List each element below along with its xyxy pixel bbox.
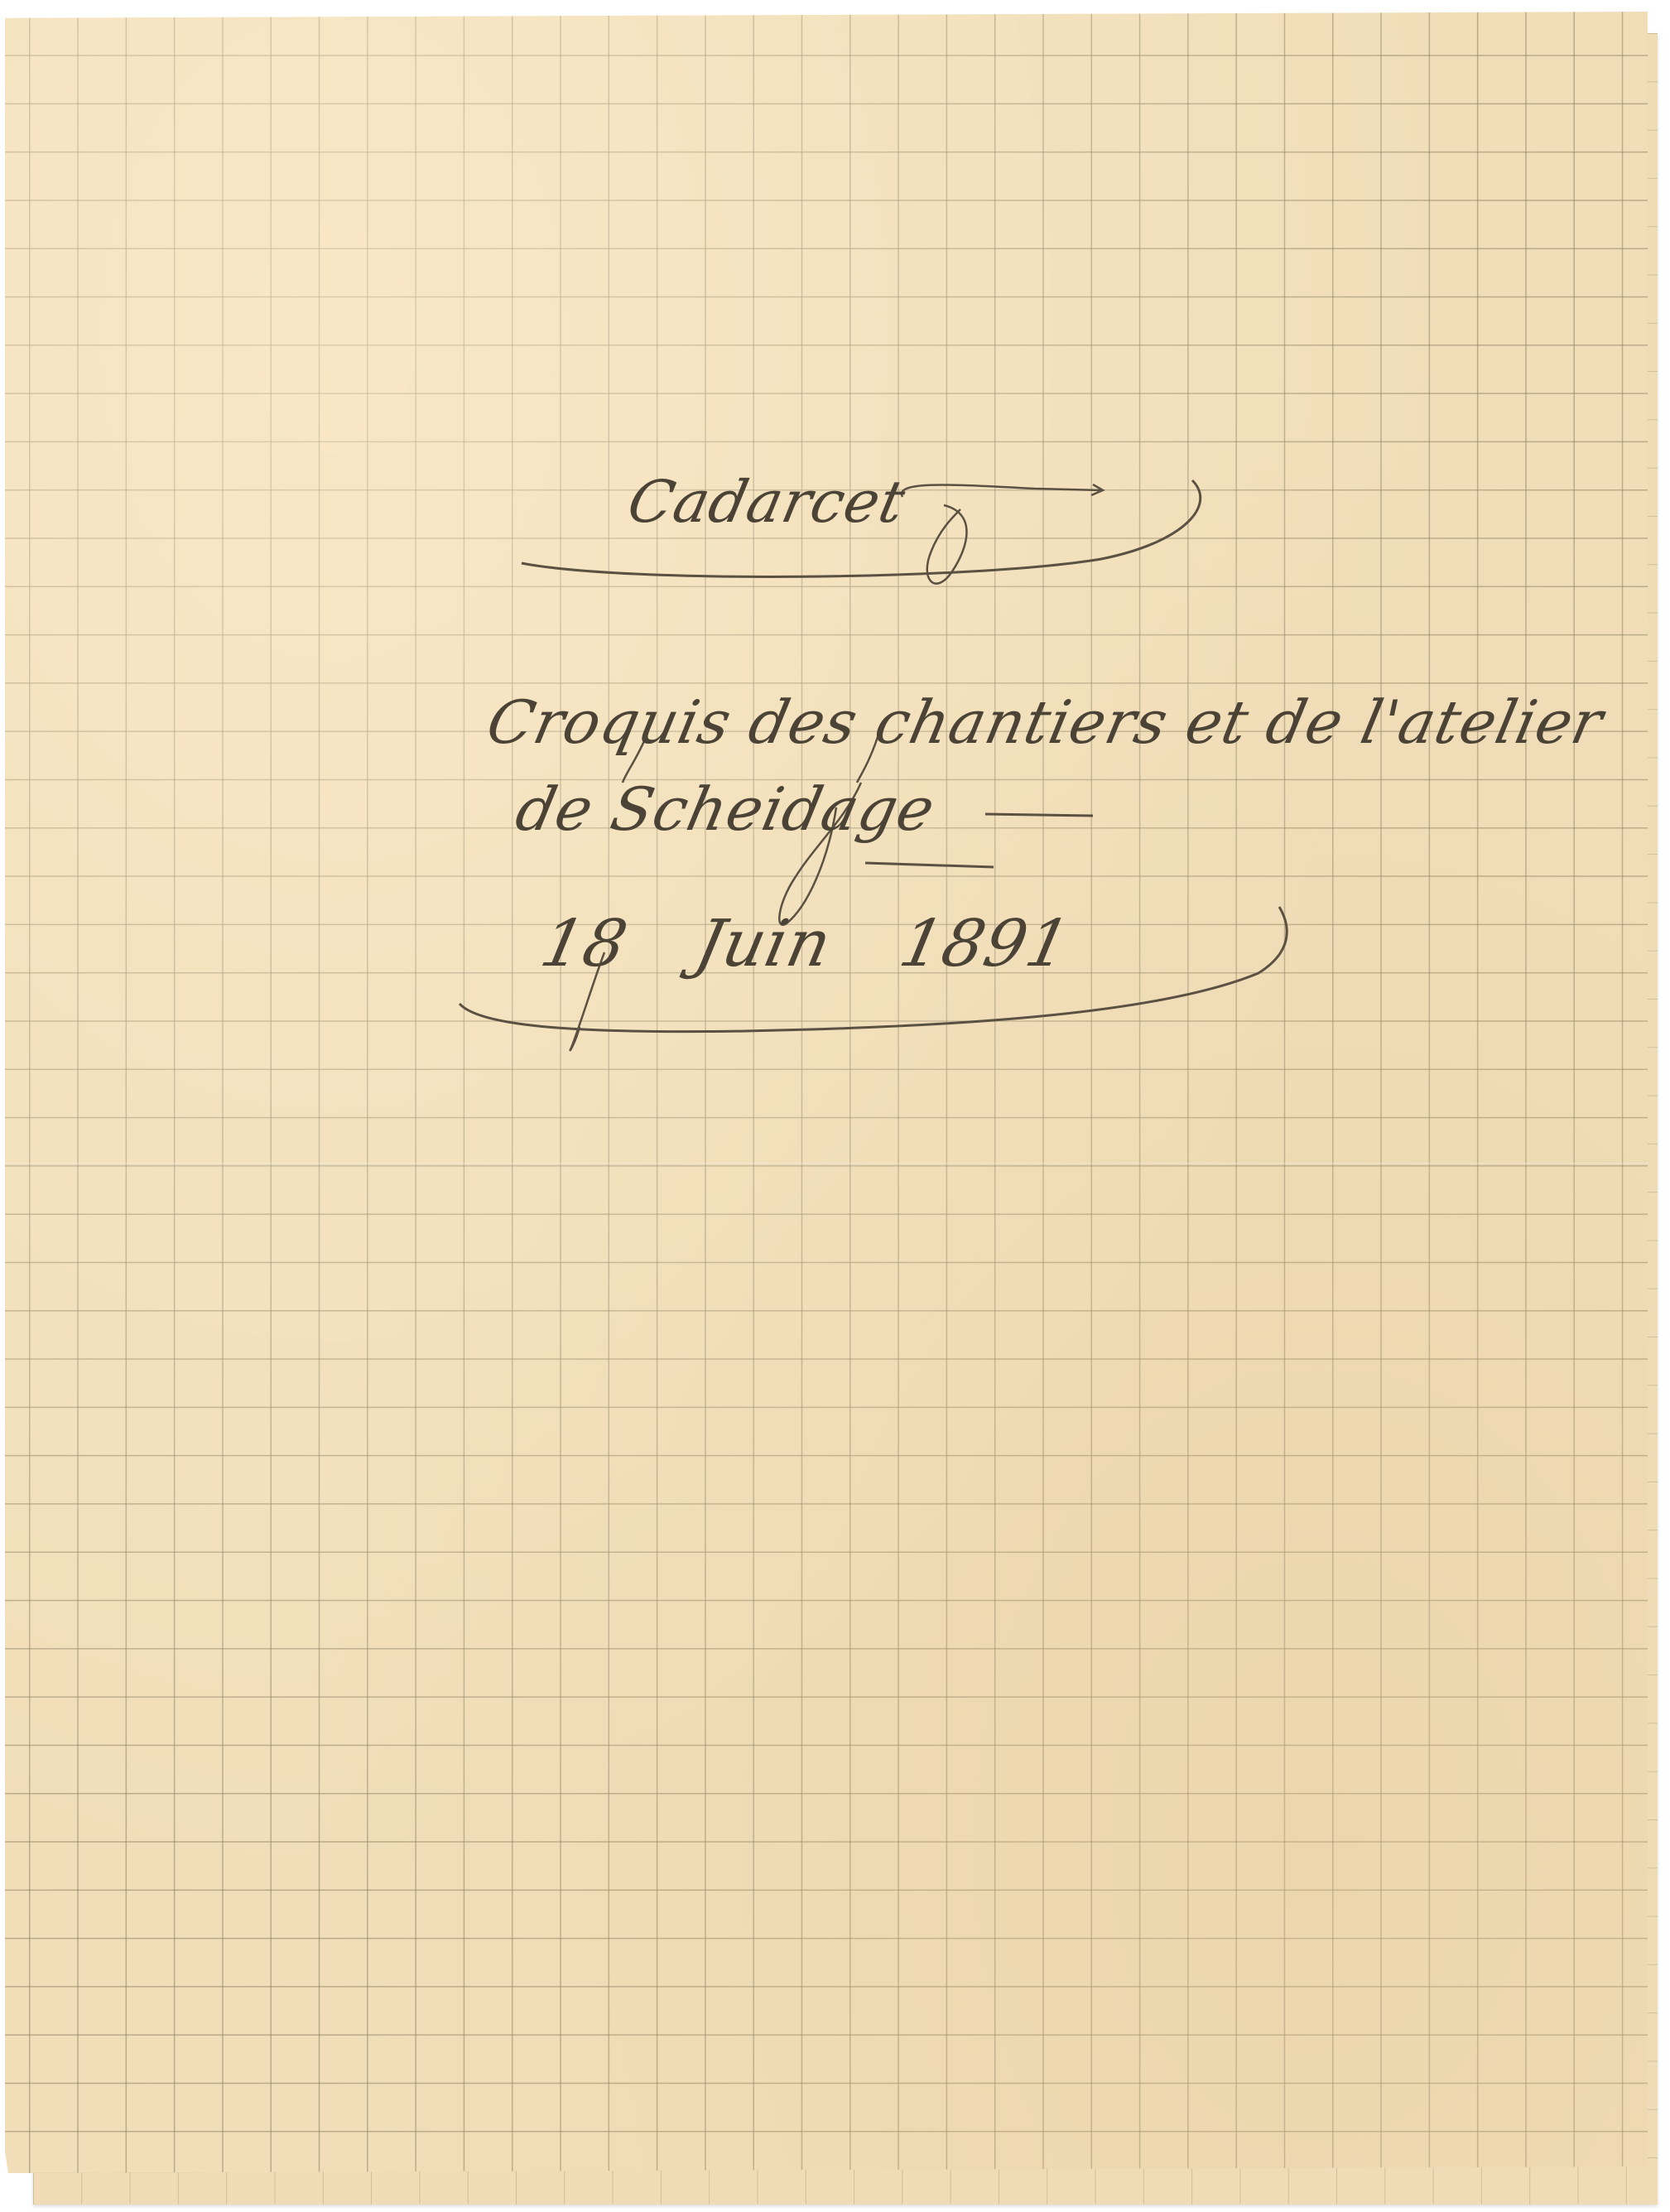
document-date: 18 Juin 1891 [534, 907, 1076, 981]
document-title: Cadarcet [622, 468, 911, 536]
graph-paper-sheet [5, 12, 1648, 2173]
subtitle-line-2: de Scheidage [510, 774, 941, 844]
paper-fold-line [5, 1163, 1648, 1165]
subtitle-line-1: Croquis des chantiers et de l'atelier [481, 687, 1610, 757]
